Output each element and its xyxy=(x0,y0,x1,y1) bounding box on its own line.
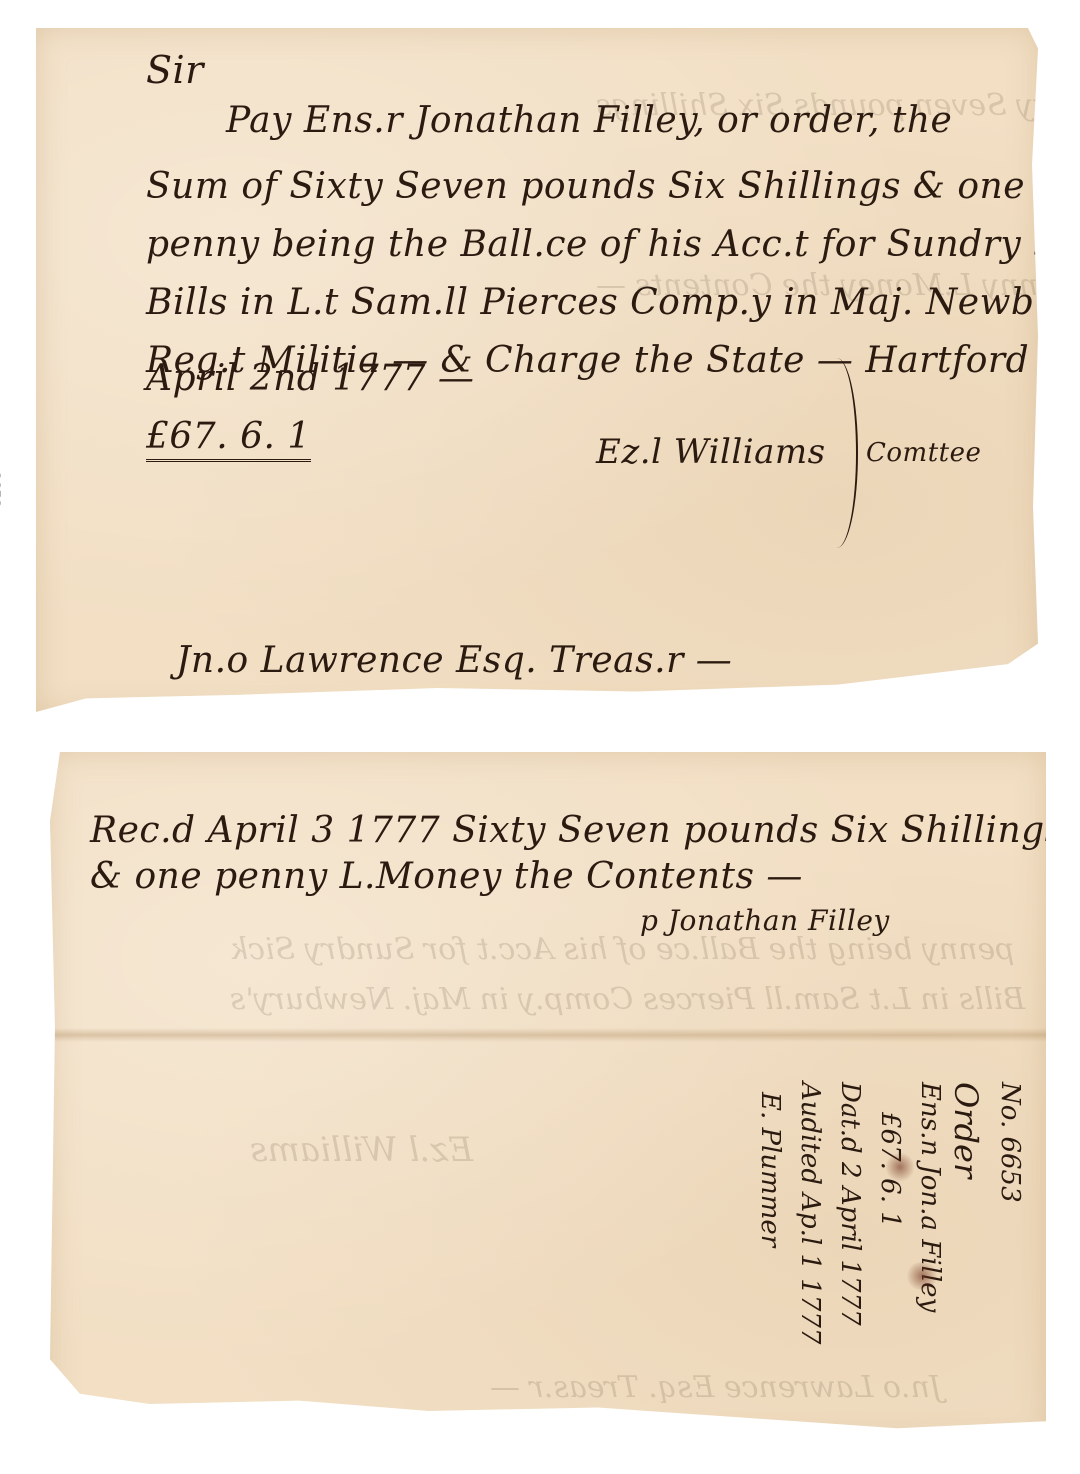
body-line-1: Pay Ens.r Jonathan Filley, or order, the xyxy=(226,100,952,141)
receipt-signature: p Jonathan Filley xyxy=(640,904,890,937)
fold-crease xyxy=(50,1028,1046,1042)
body-line-3: penny being the Ball.ce of his Acc.t for… xyxy=(146,224,1080,265)
body-line-4: Bills in L.t Sam.ll Pierces Comp.y in Ma… xyxy=(146,282,1080,323)
docket-auditor: E. Plummer xyxy=(755,1092,785,1247)
docket: No. 6653 Order Ens.n Jon.a Filley £67. 6… xyxy=(705,1082,1045,1362)
bleed-through-text: penny being the Ball.ce of his Acc.t for… xyxy=(230,932,1014,967)
receipt-line-1: Rec.d April 3 1777 Sixty Seven pounds Si… xyxy=(90,810,1064,851)
amount: £67. 6. 1 xyxy=(146,416,311,462)
signature-flourish xyxy=(816,358,858,548)
body-line-2: Sum of Sixty Seven pounds Six Shillings … xyxy=(146,166,1025,207)
ink-stain xyxy=(905,1262,939,1290)
signature: Ez.l Williams xyxy=(596,432,826,472)
bleed-through-signature: Ez.l Williams xyxy=(250,1130,473,1170)
margin-stamp: 6653 xyxy=(0,470,4,509)
docket-audited: Audited Ap.l 1 1777 xyxy=(795,1082,825,1344)
bleed-through-addressee: Jn.o Lawrence Esq. Treas.r — xyxy=(490,1370,942,1405)
document-back: penny being the Ball.ce of his Acc.t for… xyxy=(50,752,1046,1442)
bleed-through-text: Bills in L.t Sam.ll Pierces Comp.y in Ma… xyxy=(230,982,1025,1017)
document-front: Rec.d April 3 1777 Sixty Seven pounds Si… xyxy=(36,28,1038,712)
addressee: Jn.o Lawrence Esq. Treas.r — xyxy=(176,640,732,681)
docket-number: No. 6653 xyxy=(995,1082,1025,1203)
salutation: Sir xyxy=(146,48,204,92)
docket-title: Order xyxy=(947,1082,985,1178)
issue-date: April 2nd 1777 — xyxy=(146,358,474,399)
signature-title: Comttee xyxy=(866,438,981,468)
receipt-line-2: & one penny L.Money the Contents — xyxy=(90,856,803,897)
ink-stain xyxy=(885,1152,915,1182)
docket-date: Dat.d 2 April 1777 xyxy=(835,1082,865,1326)
